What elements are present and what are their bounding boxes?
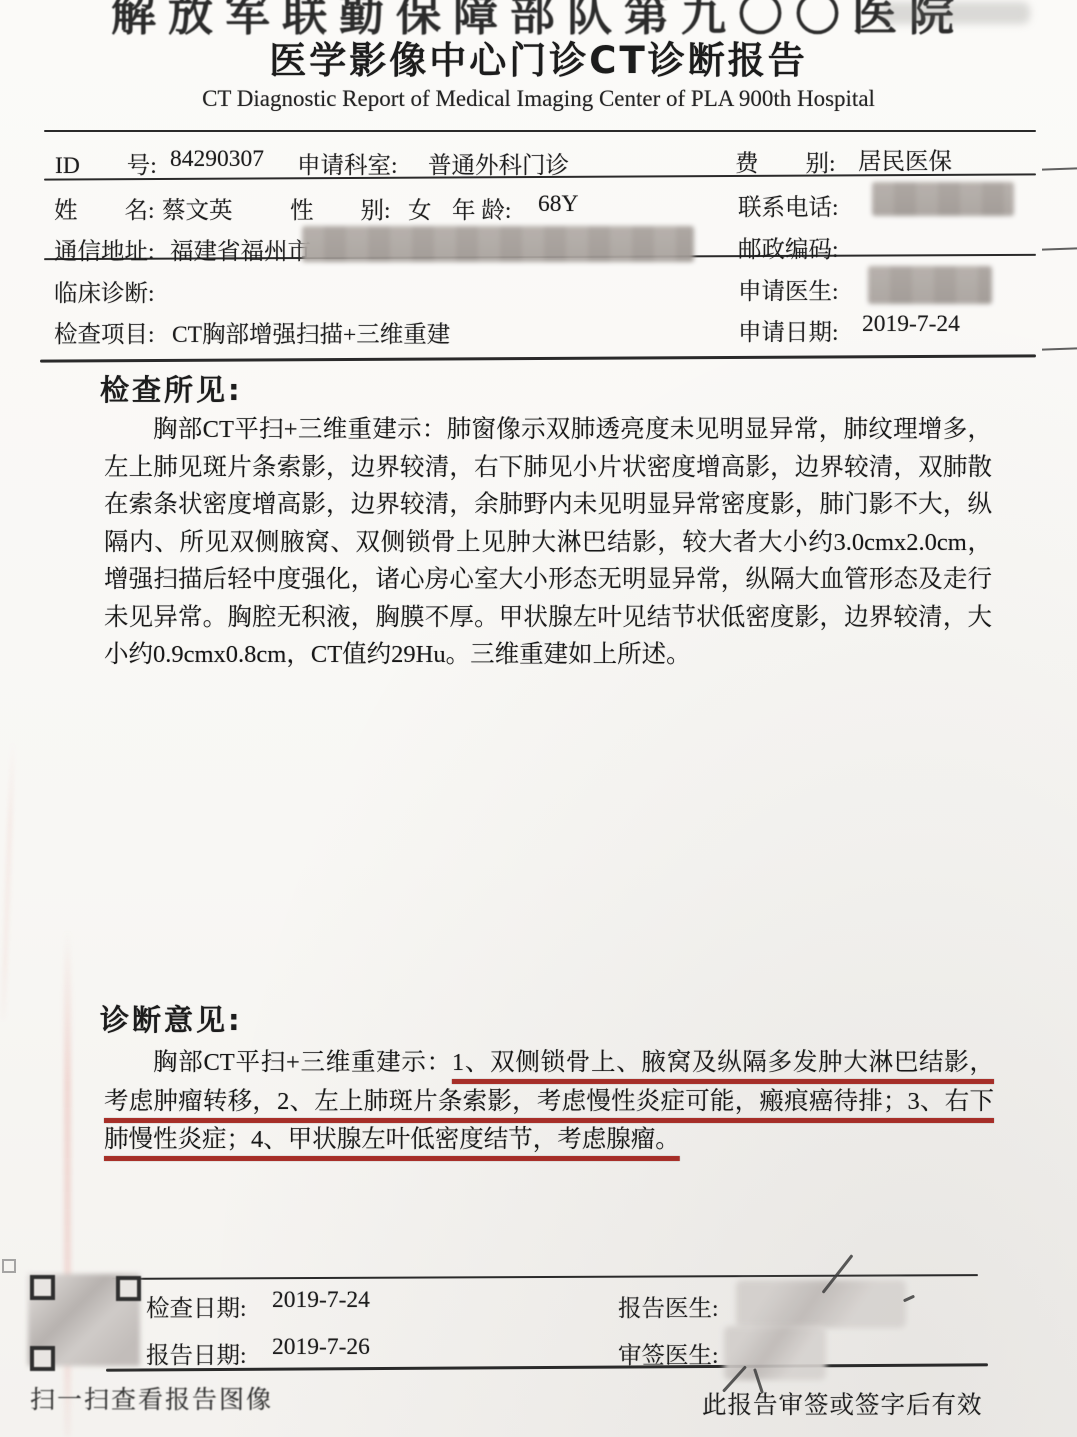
divider-line <box>40 354 1036 362</box>
divider-line-stub <box>1042 167 1077 170</box>
scan-crease <box>1 740 15 1020</box>
report-date-value: 2019-7-26 <box>272 1334 370 1361</box>
sex-value: 女 <box>408 191 432 225</box>
findings-body: 胸部CT平扫+三维重建示：肺窗像示双肺透亮度未见明显异常，肺纹理增多，左上肺见斑… <box>104 411 992 674</box>
report-doctor-label: 报告医生: <box>618 1289 719 1323</box>
request-date-label: 申请日期: <box>738 313 839 347</box>
redacted-phone-value <box>872 182 1014 216</box>
dept-label: 申请科室: <box>297 146 398 180</box>
exam-date-label: 检查日期: <box>146 1289 247 1323</box>
redacted-address-rest <box>302 226 694 262</box>
scan-hint-text: 扫一扫查看报告图像 <box>30 1380 273 1416</box>
fee-type-value: 居民医保 <box>858 142 952 176</box>
age-label: 年 龄: <box>452 191 511 225</box>
qr-finder-top-left <box>30 1275 55 1300</box>
divider-line-stub <box>1042 247 1077 250</box>
ct-report-page: 解放军联勤保障部队第九〇〇医院 医学影像中心门诊CT诊断报告 CT Diagno… <box>0 0 1077 1437</box>
redacted-report-doctor-signature <box>736 1280 906 1328</box>
review-doctor-label: 审签医生: <box>618 1336 719 1370</box>
postcode-label: 邮政编码: <box>738 230 839 264</box>
report-title-en: CT Diagnostic Report of Medical Imaging … <box>0 86 1077 112</box>
request-date-value: 2019-7-24 <box>862 311 960 338</box>
redacted-requesting-doctor <box>868 266 992 304</box>
address-value: 福建省福州市 <box>170 232 311 266</box>
qr-finder-bottom-left <box>30 1346 55 1371</box>
scan-corner-mark <box>2 1259 16 1273</box>
sex-label: 性 别: <box>290 191 391 225</box>
divider-line-stub <box>1042 347 1077 350</box>
qr-code <box>24 1270 146 1370</box>
name-label: 姓 名: <box>54 191 155 225</box>
report-title: 医学影像中心门诊CT诊断报告 <box>0 30 1077 84</box>
report-date-label: 报告日期: <box>146 1336 247 1370</box>
fee-type-label: 费 别: <box>735 144 836 178</box>
name-value: 蔡文英 <box>162 191 233 225</box>
impression-intro: 胸部CT平扫+三维重建示： <box>153 1049 452 1076</box>
address-label: 通信地址: <box>54 232 155 266</box>
validity-note: 此报告审签或签字后有效 <box>702 1386 983 1421</box>
clinical-diagnosis-label: 临床诊断: <box>54 274 155 308</box>
findings-heading: 检查所见: <box>100 368 243 409</box>
phone-label: 联系电话: <box>738 188 839 222</box>
exam-item-value: CT胸部增强扫描+三维重建 <box>172 315 450 349</box>
divider-line <box>44 130 1036 132</box>
exam-date-value: 2019-7-24 <box>272 1287 370 1314</box>
scan-smudge <box>880 2 1030 24</box>
id-value: 84290307 <box>170 146 264 173</box>
dept-value: 普通外科门诊 <box>428 146 569 180</box>
id-label: ID 号: <box>55 146 157 180</box>
exam-item-label: 检查项目: <box>54 315 155 349</box>
qr-finder-top-right <box>116 1276 141 1301</box>
age-value: 68Y <box>538 191 578 218</box>
impression-heading: 诊断意见: <box>100 998 243 1039</box>
requesting-doctor-label: 申请医生: <box>738 272 839 306</box>
impression-body: 胸部CT平扫+三维重建示：1、双侧锁骨上、腋窝及纵隔多发肿大淋巴结影，考虑肿瘤转… <box>104 1044 994 1160</box>
